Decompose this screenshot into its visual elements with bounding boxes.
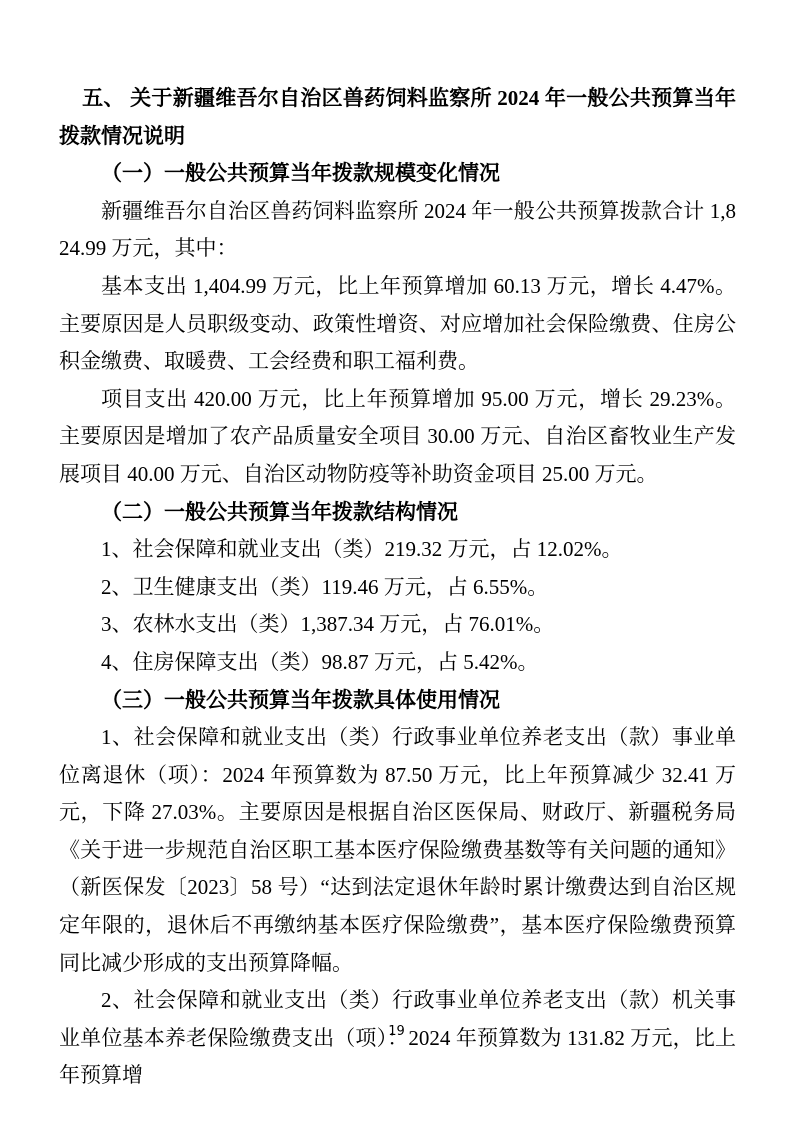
detail-para-retirement: 1、社会保障和就业支出（类）行政事业单位养老支出（款）事业单位离退休（项）：20… [59,719,736,982]
document-body: 五、 关于新疆维吾尔自治区兽药饲料监察所 2024 年一般公共预算当年拨款情况说… [59,80,736,1095]
structure-item-housing: 4、住房保障支出（类）98.87 万元，占 5.42%。 [59,644,736,682]
structure-item-agriculture: 3、农林水支出（类）1,387.34 万元，占 76.01%。 [59,606,736,644]
section-2-heading: （二）一般公共预算当年拨款结构情况 [59,494,736,532]
para-basic-expenditure: 基本支出 1,404.99 万元，比上年预算增加 60.13 万元，增长 4.4… [59,268,736,381]
structure-item-health: 2、卫生健康支出（类）119.46 万元，占 6.55%。 [59,569,736,607]
para-total-appropriation: 新疆维吾尔自治区兽药饲料监察所 2024 年一般公共预算拨款合计 1,824.9… [59,193,736,268]
section-1-heading: （一）一般公共预算当年拨款规模变化情况 [59,155,736,193]
section-3-heading: （三）一般公共预算当年拨款具体使用情况 [59,682,736,720]
para-project-expenditure: 项目支出 420.00 万元，比上年预算增加 95.00 万元，增长 29.23… [59,381,736,494]
structure-item-social-security: 1、社会保障和就业支出（类）219.32 万元，占 12.02%。 [59,531,736,569]
document-title: 五、 关于新疆维吾尔自治区兽药饲料监察所 2024 年一般公共预算当年拨款情况说… [59,80,736,155]
page-number: 19 [0,1022,793,1042]
document-page: 五、 关于新疆维吾尔自治区兽药饲料监察所 2024 年一般公共预算当年拨款情况说… [0,0,793,1122]
